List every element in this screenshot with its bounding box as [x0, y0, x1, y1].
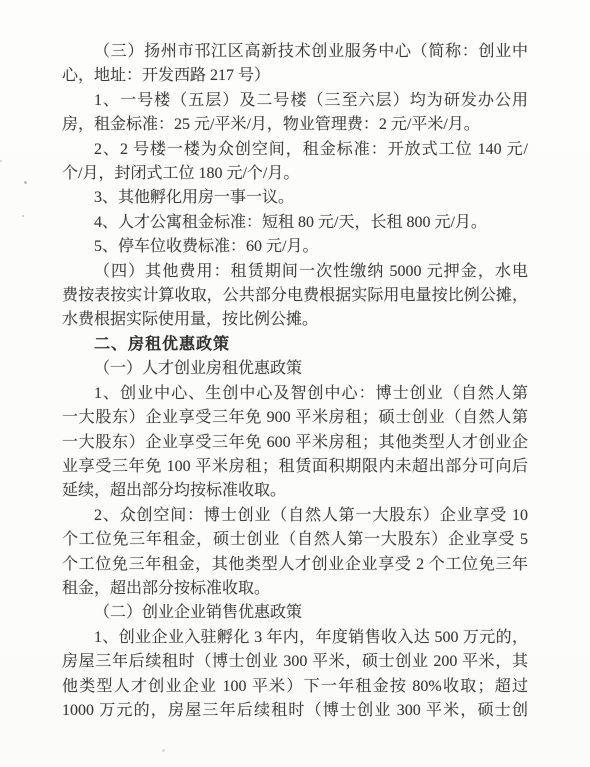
text-line: 个工位免三年租金，硕士创业（自然人第一大股东）企业享受 5 — [62, 528, 528, 552]
text-line: （四）其他费用：租赁期间一次性缴纳 5000 元押金，水电 — [62, 260, 528, 284]
text-line: 3、其他孵化用房一事一议。 — [62, 186, 528, 210]
text-line: 心，地址：开发西路 217 号） — [62, 64, 528, 88]
text-line: 1000 万元的，房屋三年后续租时（博士创业 300 平米，硕士创 — [62, 699, 528, 723]
text-line: 1、创业中心、生创中心及智创中心：博士创业（自然人第 — [62, 382, 528, 406]
text-line: 租金，超出部分按标准收取。 — [62, 577, 528, 601]
text-line: 费按表按实计算收取，公共部分电费根据实际用电量按比例公摊， — [62, 284, 528, 308]
section-heading: 二、房租优惠政策 — [62, 333, 528, 357]
text-line: 一大股东）企业享受三年免 600 平米房租；其他类型人才创业企 — [62, 431, 528, 455]
text-line: （一）人才创业房租优惠政策 — [62, 357, 528, 381]
text-line: 2、2 号楼一楼为众创空间，租金标准：开放式工位 140 元/ — [62, 138, 528, 162]
text-line: 1、创业企业入驻孵化 3 年内，年度销售收入达 500 万元的， — [62, 626, 528, 650]
text-line: 个/月，封闭式工位 180 元/个/月。 — [62, 162, 528, 186]
document-body: （三）扬州市邗江区高新技术创业服务中心（简称：创业中心，地址：开发西路 217 … — [62, 40, 528, 723]
text-line: 房，租金标准：25 元/平米/月，物业管理费：2 元/平米/月。 — [62, 113, 528, 137]
text-line: 一大股东）企业享受三年免 900 平米房租；硕士创业（自然人第 — [62, 406, 528, 430]
scan-speck — [162, 749, 165, 752]
text-line: （三）扬州市邗江区高新技术创业服务中心（简称：创业中 — [62, 40, 528, 64]
text-line: 延续，超出部分均按标准收取。 — [62, 479, 528, 503]
text-line: （二）创业企业销售优惠政策 — [62, 601, 528, 625]
scan-speck — [0, 160, 2, 162]
text-line: 业享受三年免 100 平米房租；租赁面积期限内未超出部分可向后 — [62, 455, 528, 479]
text-line: 个工位免三年租金，其他类型人才创业企业享受 2 个工位免三年 — [62, 553, 528, 577]
document-page: （三）扬州市邗江区高新技术创业服务中心（简称：创业中心，地址：开发西路 217 … — [0, 0, 590, 767]
text-line: 1、一号楼（五层）及二号楼（三至六层）均为研发办公用 — [62, 89, 528, 113]
text-line: 他类型人才创业企业 100 平米）下一年租金按 80%收取；超过 — [62, 675, 528, 699]
text-line: 2、众创空间：博士创业（自然人第一大股东）企业享受 10 — [62, 504, 528, 528]
text-line: 5、停车位收费标准：60 元/月。 — [62, 235, 528, 259]
text-line: 4、人才公寓租金标准：短租 80 元/天，长租 800 元/月。 — [62, 211, 528, 235]
scan-speck — [24, 181, 27, 184]
text-line: 水费根据实际使用量，按比例公摊。 — [62, 308, 528, 332]
scan-speck — [22, 215, 24, 217]
text-line: 房屋三年后续租时（博士创业 300 平米，硕士创业 200 平米，其 — [62, 650, 528, 674]
